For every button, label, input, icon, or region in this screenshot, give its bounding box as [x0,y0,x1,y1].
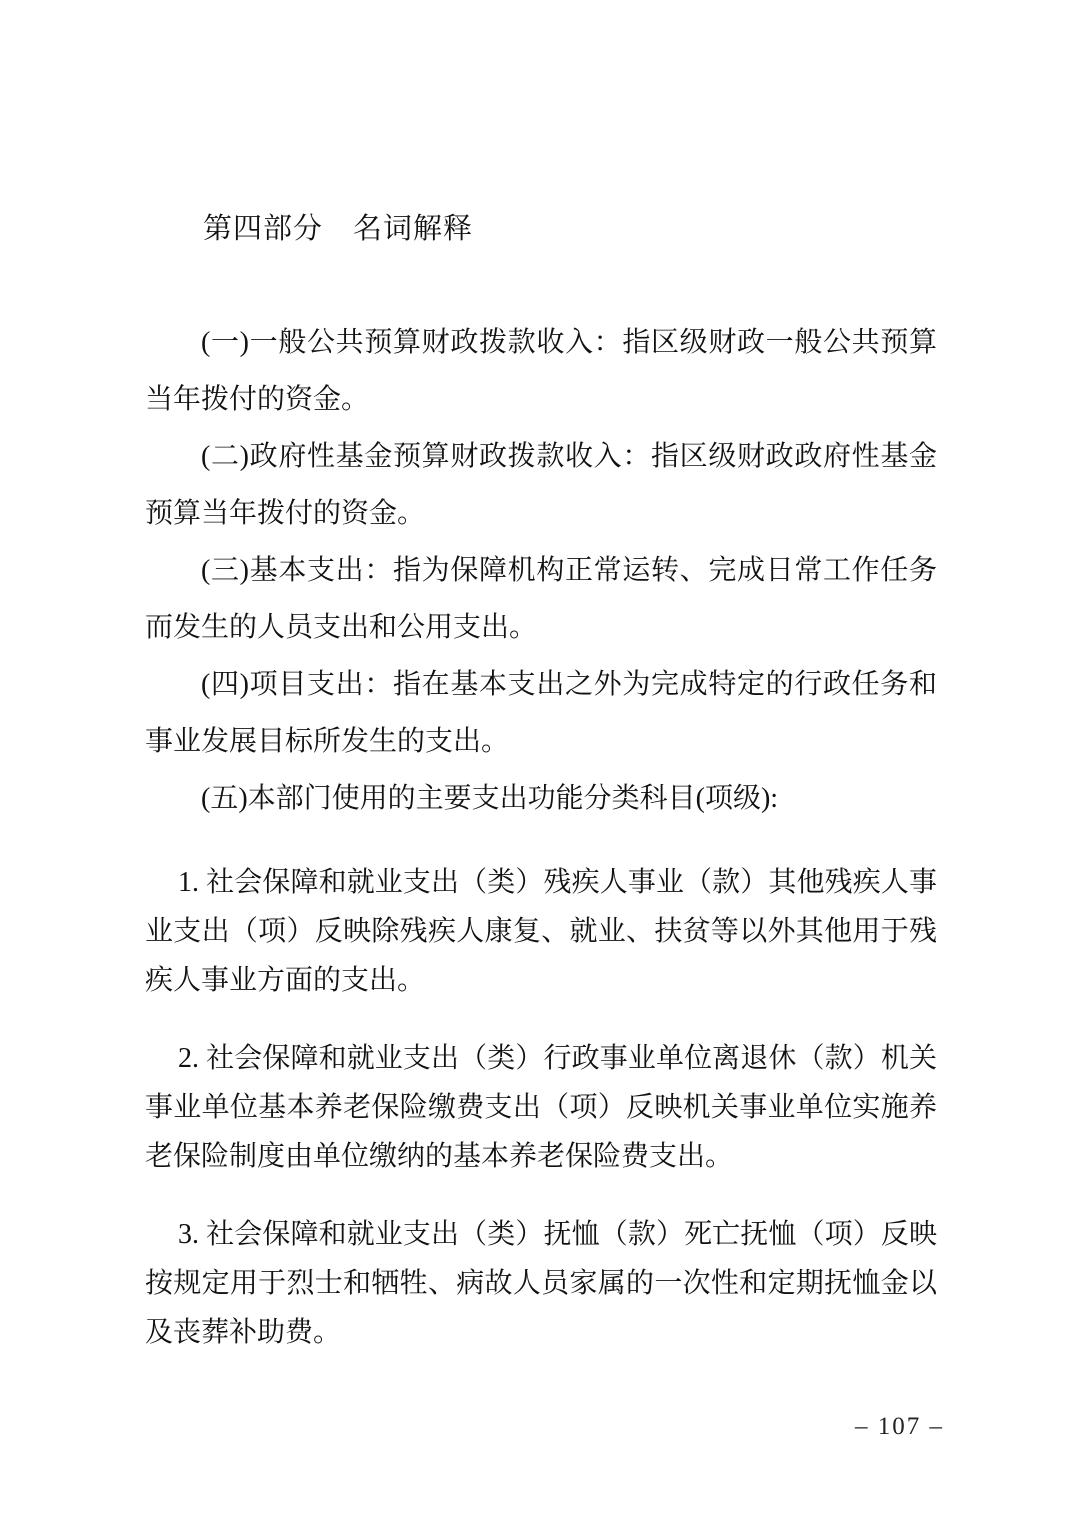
definition-paragraph-2: (二)政府性基金预算财政拨款收入：指区级财政政府性基金预算当年拨付的资金。 [145,428,937,542]
document-page: 第四部分 名词解释 (一)一般公共预算财政拨款收入：指区级财政一般公共预算当年拨… [0,0,1074,1520]
definition-paragraph-3: (三)基本支出：指为保障机构正常运转、完成日常工作任务而发生的人员支出和公用支出… [145,542,937,656]
definitions-block: (一)一般公共预算财政拨款收入：指区级财政一般公共预算当年拨付的资金。 (二)政… [145,314,937,827]
function-category-item-2: 2. 社会保障和就业支出（类）行政事业单位离退休（款）机关事业单位基本养老保险缴… [145,1034,937,1181]
definition-paragraph-4: (四)项目支出：指在基本支出之外为完成特定的行政任务和事业发展目标所发生的支出。 [145,656,937,770]
function-category-item-1: 1. 社会保障和就业支出（类）残疾人事业（款）其他残疾人事业支出（项）反映除残疾… [145,858,937,1005]
page-number: – 107 – [855,1412,944,1442]
function-category-list: 1. 社会保障和就业支出（类）残疾人事业（款）其他残疾人事业支出（项）反映除残疾… [145,858,937,1357]
definition-paragraph-5: (五)本部门使用的主要支出功能分类科目(项级): [145,770,937,827]
function-category-item-3: 3. 社会保障和就业支出（类）抚恤（款）死亡抚恤（项）反映按规定用于烈士和牺牲、… [145,1210,937,1357]
definition-paragraph-1: (一)一般公共预算财政拨款收入：指区级财政一般公共预算当年拨付的资金。 [145,314,937,428]
section-title: 第四部分 名词解释 [145,211,937,247]
document-content: 第四部分 名词解释 (一)一般公共预算财政拨款收入：指区级财政一般公共预算当年拨… [145,0,937,1357]
